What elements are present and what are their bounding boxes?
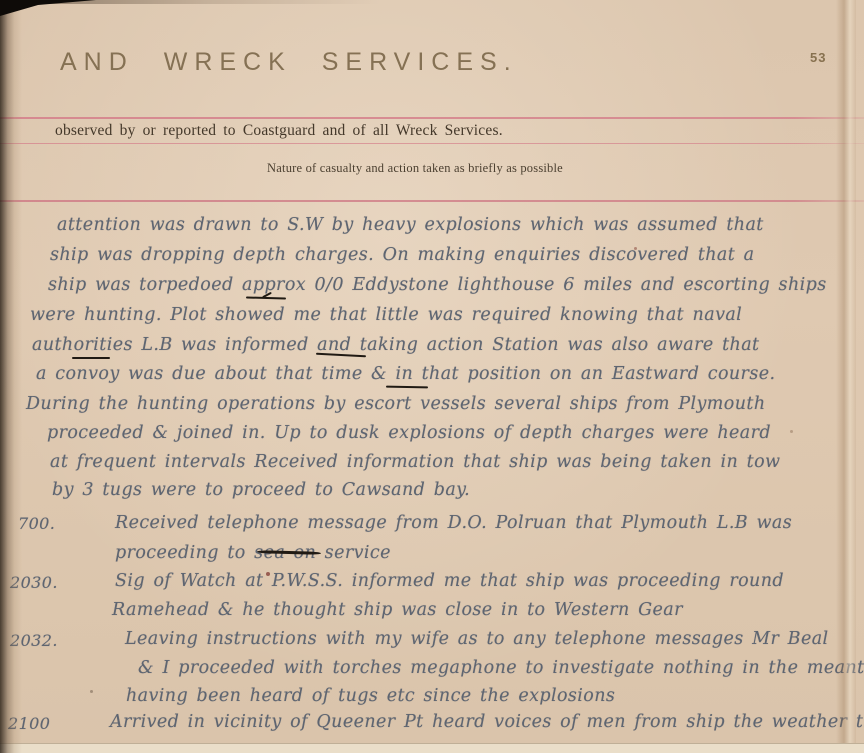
handwritten-line: by 3 tugs were to proceed to Cawsand bay… <box>52 480 470 500</box>
handwritten-line: proceeding to sea on service <box>115 543 391 563</box>
logbook-page-scan: AND WRECK SERVICES. 53 observed by or re… <box>0 0 864 753</box>
ruled-line <box>0 200 864 202</box>
entry-time: 700. <box>18 514 55 533</box>
handwritten-line: During the hunting operations by escort … <box>26 394 766 414</box>
handwritten-line: Leaving instructions with my wife as to … <box>125 629 829 649</box>
handwritten-line: ship was torpedoed approx 0/0 Eddystone … <box>48 275 827 295</box>
handwritten-line: authorities L.B was informed and taking … <box>32 335 759 355</box>
page-number: 53 <box>810 50 826 65</box>
handwritten-line: Received telephone message from D.O. Pol… <box>115 513 792 533</box>
observed-caption: observed by or reported to Coastguard an… <box>55 122 503 140</box>
handwritten-line: were hunting. Plot showed me that little… <box>30 305 742 325</box>
paper-speck <box>790 430 793 433</box>
handwritten-line: Sig of Watch at P.W.S.S. informed me tha… <box>115 571 784 591</box>
handwritten-line: proceeded & joined in. Up to dusk explos… <box>47 423 771 443</box>
handwritten-line: Arrived in vicinity of Queener Pt heard … <box>110 712 864 732</box>
column-heading: Nature of casualty and action taken as b… <box>0 161 830 176</box>
ink-underline <box>386 386 428 389</box>
page-bottom-edge <box>0 743 864 753</box>
handwritten-line: Ramehead & he thought ship was close in … <box>112 600 683 620</box>
ink-underline <box>246 296 286 299</box>
handwritten-line: & I proceeded with torches megaphone to … <box>138 658 864 678</box>
handwritten-line: attention was drawn to S.W by heavy expl… <box>57 215 764 235</box>
page-title: AND WRECK SERVICES. <box>60 48 518 77</box>
paper-speck <box>90 690 93 693</box>
handwritten-line: ship was dropping depth charges. On maki… <box>50 245 755 265</box>
page-crease <box>836 0 856 753</box>
handwritten-line: a convoy was due about that time & in th… <box>36 364 775 384</box>
book-gutter-shadow <box>0 0 22 753</box>
ruled-line <box>0 117 864 119</box>
handwritten-line: having been heard of tugs etc since the … <box>126 686 615 706</box>
ink-underline <box>72 357 110 359</box>
ruled-line <box>0 143 864 144</box>
handwritten-line: at frequent intervals Received informati… <box>50 452 780 472</box>
